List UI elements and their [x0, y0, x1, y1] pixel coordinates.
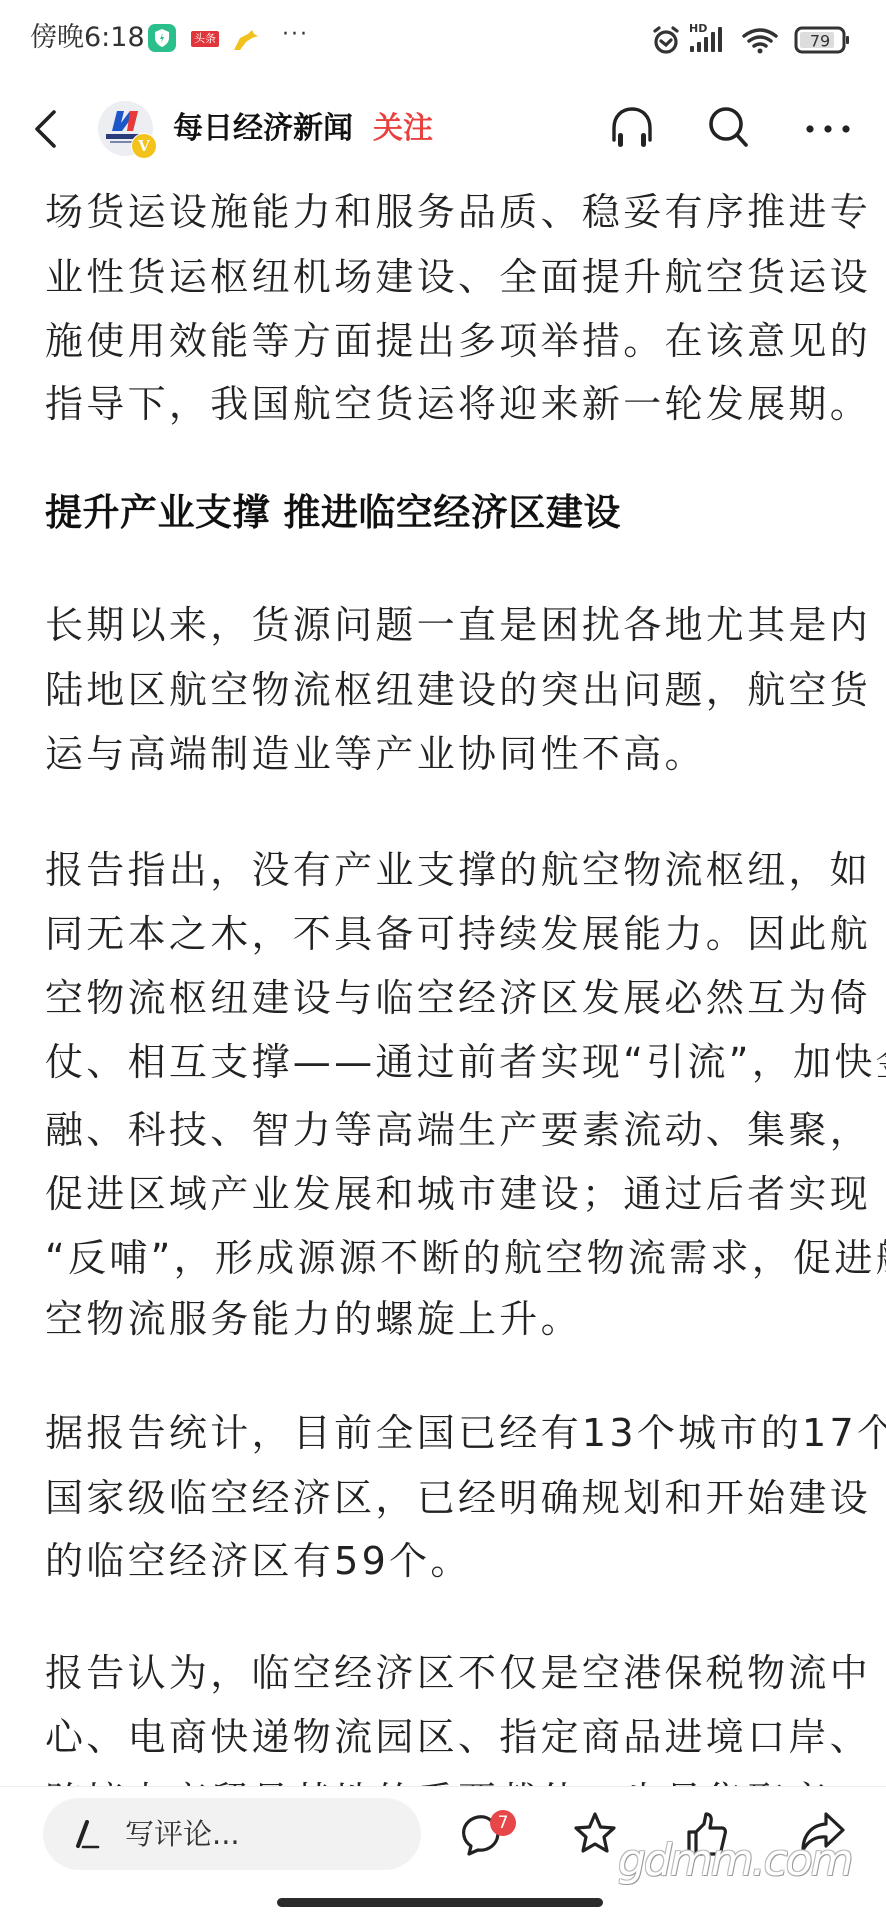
- verified-badge: V: [131, 133, 157, 159]
- paragraph-line: 场货运设施能力和服务品质、稳妥有序推进专: [45, 189, 871, 235]
- paragraph-line: 业性货运枢纽机场建设、全面提升航空货运设: [45, 254, 871, 300]
- paragraph-line: 促进区域产业发展和城市建设；通过后者实现: [45, 1171, 871, 1217]
- comment-count-badge: 7: [490, 1810, 516, 1836]
- paragraph-line: 心、电商快递物流园区、指定商品进境口岸、: [45, 1714, 871, 1760]
- status-icons: HD 79: [646, 22, 886, 62]
- svg-text:79: 79: [810, 32, 830, 51]
- paragraph-line: 施使用效能等方面提出多项举措。在该意见的: [45, 318, 871, 364]
- chevron-left-icon: [28, 104, 62, 154]
- headphones-icon: [604, 100, 660, 156]
- shield-app-icon: [148, 24, 176, 52]
- comment-placeholder[interactable]: 写评论...: [125, 1814, 240, 1854]
- favorite-button[interactable]: [567, 1806, 623, 1862]
- svg-text:HD: HD: [689, 22, 707, 35]
- watermark: gdmm.com: [618, 1836, 852, 1886]
- paragraph-line: 空物流枢纽建设与临空经济区发展必然互为倚: [45, 975, 871, 1021]
- wifi-icon: [744, 30, 776, 46]
- more-icon: [800, 100, 856, 156]
- search-icon: [700, 100, 756, 156]
- paragraph-line: “反哺”，形成源源不断的航空物流需求，促进航: [45, 1235, 886, 1281]
- star-icon: [567, 1806, 623, 1862]
- paragraph-line: 据报告统计，目前全国已经有13个城市的17个: [45, 1410, 886, 1456]
- battery-icon: 79: [796, 28, 849, 52]
- more-options-button[interactable]: [800, 100, 856, 156]
- paragraph-line: 空物流服务能力的螺旋上升。: [45, 1296, 582, 1342]
- search-button[interactable]: [700, 100, 756, 156]
- paragraph-line: 报告认为，临空经济区不仅是空港保税物流中: [45, 1650, 871, 1696]
- paragraph-line: 国家级临空经济区，已经明确规划和开始建设: [45, 1475, 871, 1521]
- follow-button[interactable]: 关注: [373, 110, 433, 148]
- paragraph-line: 同无本之木，不具备可持续发展能力。因此航: [45, 911, 871, 957]
- alarm-icon: [655, 28, 677, 52]
- listen-button[interactable]: [604, 100, 660, 156]
- paragraph-line: 运与高端制造业等产业协同性不高。: [45, 731, 706, 777]
- paragraph-line: 长期以来，货源问题一直是困扰各地尤其是内: [45, 602, 871, 648]
- paragraph-line: 陆地区航空物流枢纽建设的突出问题，航空货: [45, 667, 871, 713]
- account-name[interactable]: 每日经济新闻: [173, 110, 353, 148]
- notification-more-icon: ···: [282, 22, 309, 47]
- status-time: 傍晚6:18: [30, 20, 145, 56]
- pen-icon: [73, 1816, 103, 1852]
- toutiao-icon: 头条: [191, 31, 219, 47]
- paragraph-line: 报告指出，没有产业支撑的航空物流枢纽，如: [45, 847, 871, 893]
- paragraph-line: 指导下，我国航空货运将迎来新一轮发展期。: [45, 381, 871, 427]
- back-button[interactable]: [28, 104, 62, 154]
- paragraph-line: 的临空经济区有59个。: [45, 1538, 472, 1584]
- section-heading: 提升产业支撑 推进临空经济区建设: [45, 490, 621, 536]
- paragraph-line: 融、科技、智力等高端生产要素流动、集聚，: [45, 1107, 871, 1153]
- paragraph-line: 仗、相互支撑——通过前者实现“引流”，加快金: [45, 1039, 886, 1085]
- bird-app-icon: [232, 28, 258, 52]
- home-indicator[interactable]: [277, 1898, 603, 1907]
